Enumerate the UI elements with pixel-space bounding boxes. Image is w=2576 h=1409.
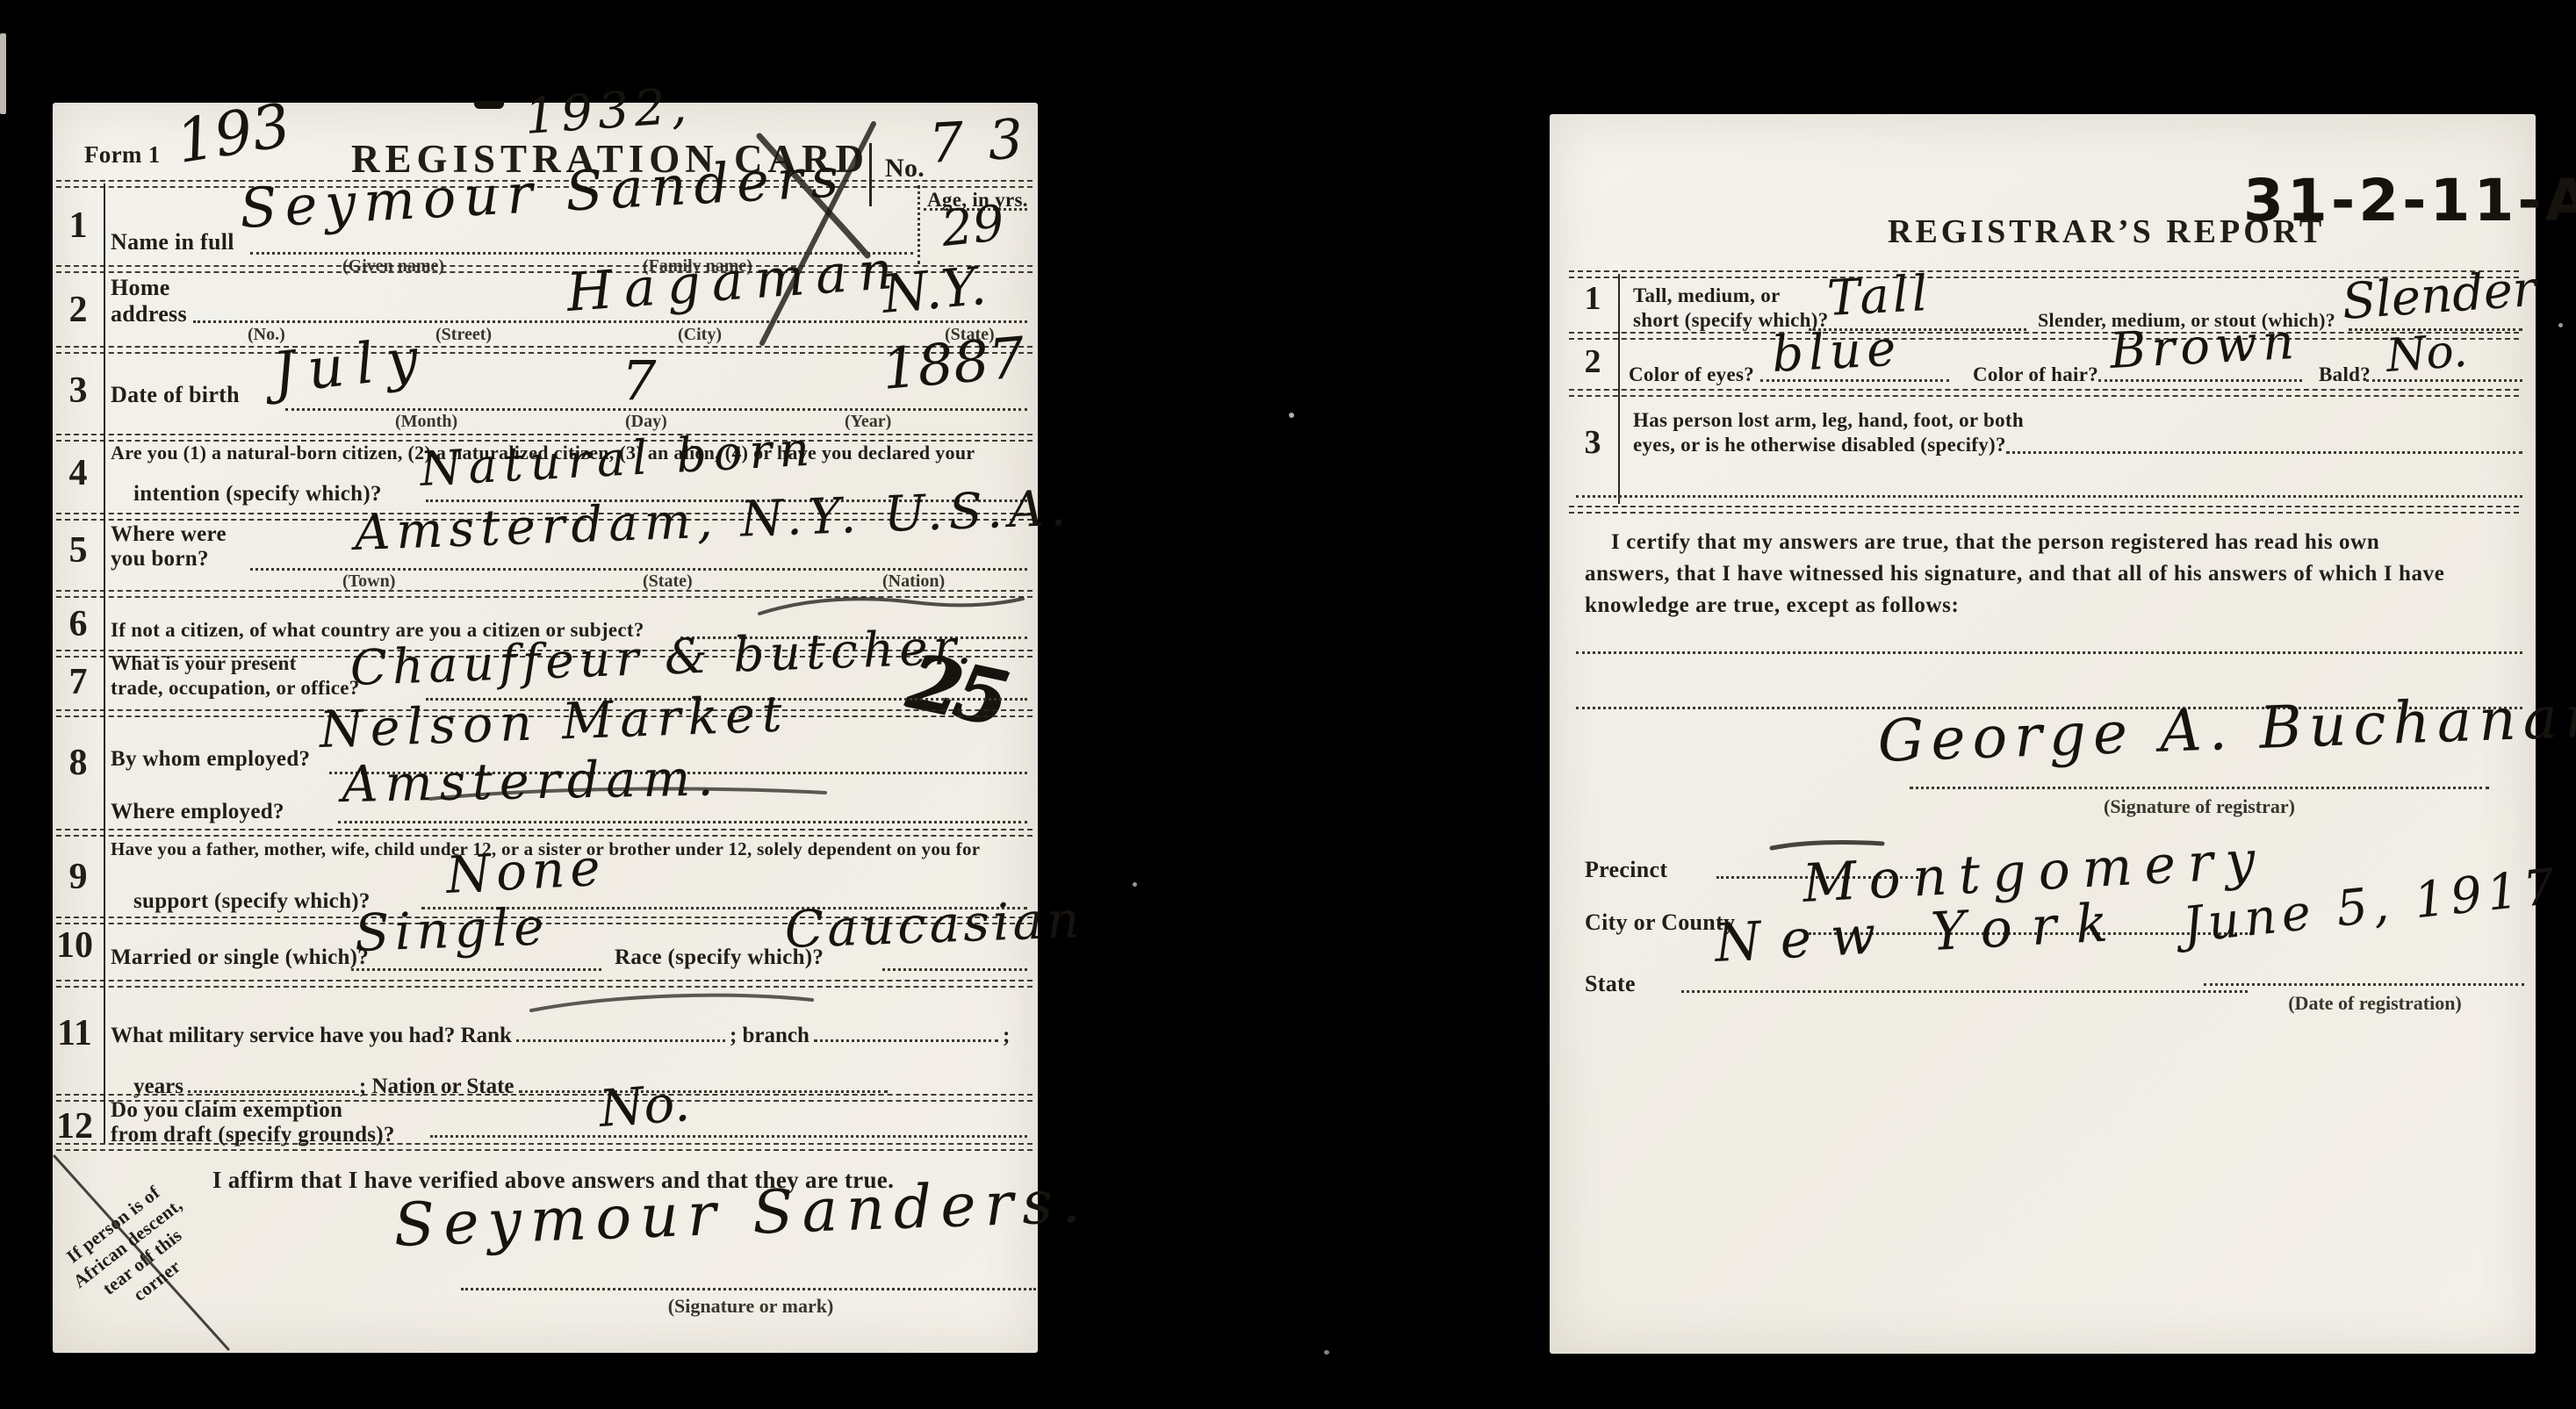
dust-speck	[1133, 882, 1137, 887]
dotted-line	[2204, 983, 2524, 986]
caption-year: (Year)	[845, 412, 891, 432]
exemption-label-1: Do you claim exemption	[111, 1098, 342, 1123]
question-number-3: 3	[58, 370, 98, 412]
question-number-7: 7	[58, 661, 98, 703]
hw-birth-day: 7	[622, 349, 656, 413]
dotted-line	[285, 408, 1027, 411]
hw-registrar-signature: George A. Buchanan	[1876, 682, 2576, 775]
question-number-1: 1	[58, 205, 98, 247]
dotted-line	[1760, 379, 1949, 382]
section-rule	[56, 980, 1033, 988]
question-number-4: 4	[58, 452, 98, 494]
caption-city: (City)	[678, 325, 722, 345]
question-number-11: 11	[54, 1012, 95, 1054]
disability-question-line2: eyes, or is he otherwise disabled (speci…	[1633, 434, 2006, 456]
dotted-line	[430, 1135, 1027, 1138]
hw-marital-status: Single	[354, 896, 550, 963]
stray-pen-stroke	[755, 591, 1027, 621]
hw-bald: No.	[2385, 325, 2469, 383]
state-label: State	[1585, 971, 1636, 997]
ink-blob	[474, 101, 504, 109]
section-rule	[56, 829, 1033, 837]
dotted-line	[1910, 787, 2489, 789]
hw-citizenship-answer: Natural born	[419, 421, 818, 497]
hw-employer: Nelson Market	[319, 685, 790, 759]
age-box-separator	[917, 185, 920, 264]
hair-label: Color of hair?	[1973, 363, 2098, 386]
question-number-10: 10	[54, 924, 95, 967]
home-address-label-2: address	[111, 301, 187, 327]
where-born-label-1: Where were	[111, 522, 227, 547]
trade-label-2: trade, occupation, or office?	[111, 677, 360, 700]
dotted-line	[2006, 451, 2522, 454]
dust-speck	[1324, 1350, 1329, 1355]
dotted-line	[193, 320, 1027, 323]
form-label: Form 1	[84, 141, 161, 169]
dotted-line	[814, 1017, 998, 1042]
header-separator	[869, 143, 872, 206]
hw-serial-number: 193	[172, 91, 296, 177]
hw-card-number: 73	[927, 105, 1049, 176]
hw-age: 29	[939, 195, 1007, 258]
hw-state: New York	[1713, 891, 2128, 974]
precinct-label: Precinct	[1585, 857, 1667, 883]
hw-eye-color: blue	[1771, 320, 1903, 384]
dust-speck	[2558, 323, 2563, 327]
name-label: Name in full	[111, 229, 234, 255]
dependents-question-line2: support (specify which)?	[133, 889, 371, 914]
hw-hair-color: Brown	[2109, 313, 2301, 380]
scanner-background: Form 1 193 1932, REGISTRATION CARD No. 7…	[0, 0, 2576, 1409]
question-number-12: 12	[54, 1105, 95, 1147]
card-no-label: No.	[885, 154, 925, 183]
disability-question-line1: Has person lost arm, leg, hand, foot, or…	[1633, 409, 2024, 432]
registrar-signature-caption: (Signature of registrar)	[2041, 795, 2357, 818]
dotted-line	[338, 821, 1027, 823]
hw-birth-year: 1887	[880, 326, 1028, 403]
report-question-number-3: 3	[1572, 423, 1613, 462]
report-question-number-2: 2	[1572, 342, 1613, 381]
dotted-line	[250, 568, 1027, 571]
date-caption: (Date of registration)	[2226, 992, 2524, 1015]
home-address-label-1: Home	[111, 275, 170, 301]
question-number-5: 5	[58, 529, 98, 572]
section-rule	[1569, 389, 2519, 397]
bald-label: Bald?	[2319, 363, 2371, 386]
dotted-line	[1576, 495, 2522, 498]
dotted-line	[1681, 990, 2248, 993]
citizenship-question-line2: intention (specify which)?	[133, 482, 382, 507]
hw-birth-month: July	[270, 326, 433, 406]
report-question-number-1: 1	[1572, 279, 1613, 318]
date-of-birth-label: Date of birth	[111, 382, 240, 408]
dotted-line	[351, 968, 601, 971]
dotted-line	[1576, 651, 2522, 654]
employer-label: By whom employed?	[111, 747, 310, 772]
dust-speck	[0, 33, 6, 114]
dotted-line	[519, 1068, 888, 1093]
height-label-1: Tall, medium, or	[1633, 284, 1781, 307]
question-number-6: 6	[58, 603, 98, 645]
registration-card: Form 1 193 1932, REGISTRATION CARD No. 7…	[53, 103, 1038, 1353]
caption-birth-state: (State)	[643, 572, 693, 592]
trade-label-1: What is your present	[111, 652, 297, 675]
hw-height: Tall	[1826, 265, 1932, 327]
registrars-report-card: REGISTRAR’S REPORT 31-2-11-A 1 Tall, med…	[1550, 114, 2536, 1354]
question-number-2: 2	[58, 289, 98, 331]
question-number-8: 8	[58, 742, 98, 784]
military-service-line1: What military service have you had? Rank…	[111, 1017, 1010, 1048]
caption-month: (Month)	[395, 412, 457, 432]
caption-town: (Town)	[342, 572, 395, 592]
military-semicolon: ;	[1003, 1024, 1010, 1048]
dotted-line	[516, 1017, 725, 1042]
dotted-line	[882, 968, 1027, 971]
stray-arc-stroke	[527, 988, 817, 1016]
hw-dependents: None	[444, 837, 607, 905]
military-branch-label: ; branch	[730, 1024, 809, 1048]
section-rule	[1569, 332, 2519, 340]
certification-text: I certify that my answers are true, that…	[1585, 527, 2529, 622]
where-born-label-2: you born?	[111, 547, 209, 572]
dotted-line	[2098, 379, 2302, 382]
section-rule	[1569, 506, 2519, 514]
hw-where-employed: Amsterdam.	[342, 749, 721, 814]
dotted-line	[461, 1288, 1036, 1290]
marital-label: Married or single (which)?	[111, 945, 369, 970]
report-stamp: 31-2-11-A	[2243, 167, 2576, 234]
military-rank-label: What military service have you had? Rank	[111, 1024, 512, 1048]
question-number-9: 9	[58, 856, 98, 898]
question-column-line	[104, 183, 105, 1143]
hw-race: Caucasian	[784, 889, 1084, 960]
hw-build: Slender	[2340, 261, 2537, 331]
signature-caption: (Signature or mark)	[597, 1295, 904, 1318]
caption-nation: (Nation)	[882, 572, 945, 592]
hw-home-state: N.Y.	[880, 255, 989, 326]
caption-street: (Street)	[435, 325, 492, 345]
dotted-line	[188, 1068, 355, 1093]
where-employed-label: Where employed?	[111, 800, 284, 824]
hw-scrawl-number: 25	[900, 636, 1011, 743]
hw-exemption-answer: No.	[597, 1073, 692, 1139]
dust-speck	[1289, 413, 1294, 418]
dotted-line	[2366, 379, 2522, 382]
eyes-label: Color of eyes?	[1629, 363, 1754, 386]
